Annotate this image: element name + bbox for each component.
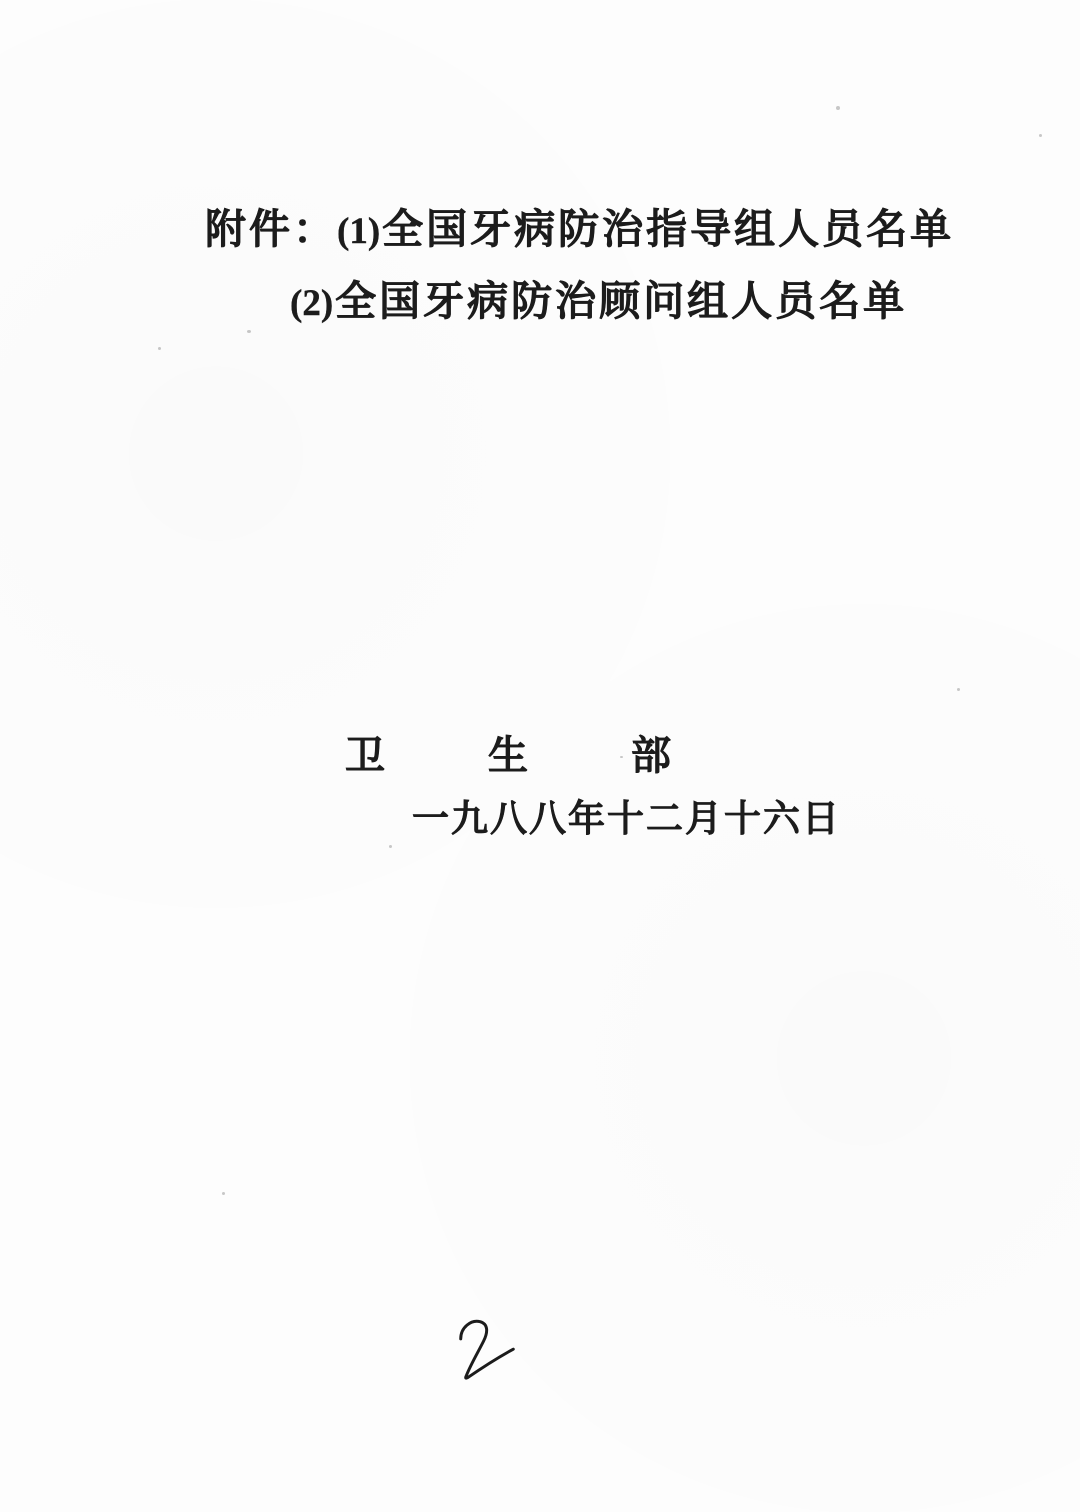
scanned-document-page: 附件：(1)全国牙病防治指导组人员名单 (2)全国牙病防治顾问组人员名单 卫生部…	[0, 0, 1080, 1512]
attachment-1-title: 全国牙病防治指导组人员名单	[382, 206, 954, 252]
handwritten-page-number: 2	[452, 1316, 522, 1396]
signature-date: 一九八八年十二月十六日	[412, 788, 841, 842]
page-number-text: 2	[452, 1396, 453, 1397]
scan-speck	[1039, 134, 1042, 137]
handwritten-2-glyph	[452, 1316, 522, 1396]
scan-speck	[620, 756, 623, 758]
scan-speck	[222, 1192, 225, 1195]
attachment-1-number: (1)	[337, 211, 380, 252]
scan-speck	[158, 347, 161, 350]
attachment-line-2: (2)全国牙病防治顾问组人员名单	[290, 268, 907, 327]
attachment-line-1: 附件：(1)全国牙病防治指导组人员名单	[205, 196, 954, 255]
attachment-2-title: 全国牙病防治顾问组人员名单	[335, 278, 907, 324]
scan-speck	[247, 330, 251, 333]
attachment-label: 附件：	[205, 206, 337, 252]
scan-speck	[957, 688, 960, 691]
scan-speck	[389, 845, 392, 848]
attachment-2-number: (2)	[290, 283, 333, 324]
scan-speck	[836, 106, 840, 110]
ministry-signature: 卫生部	[345, 724, 774, 781]
